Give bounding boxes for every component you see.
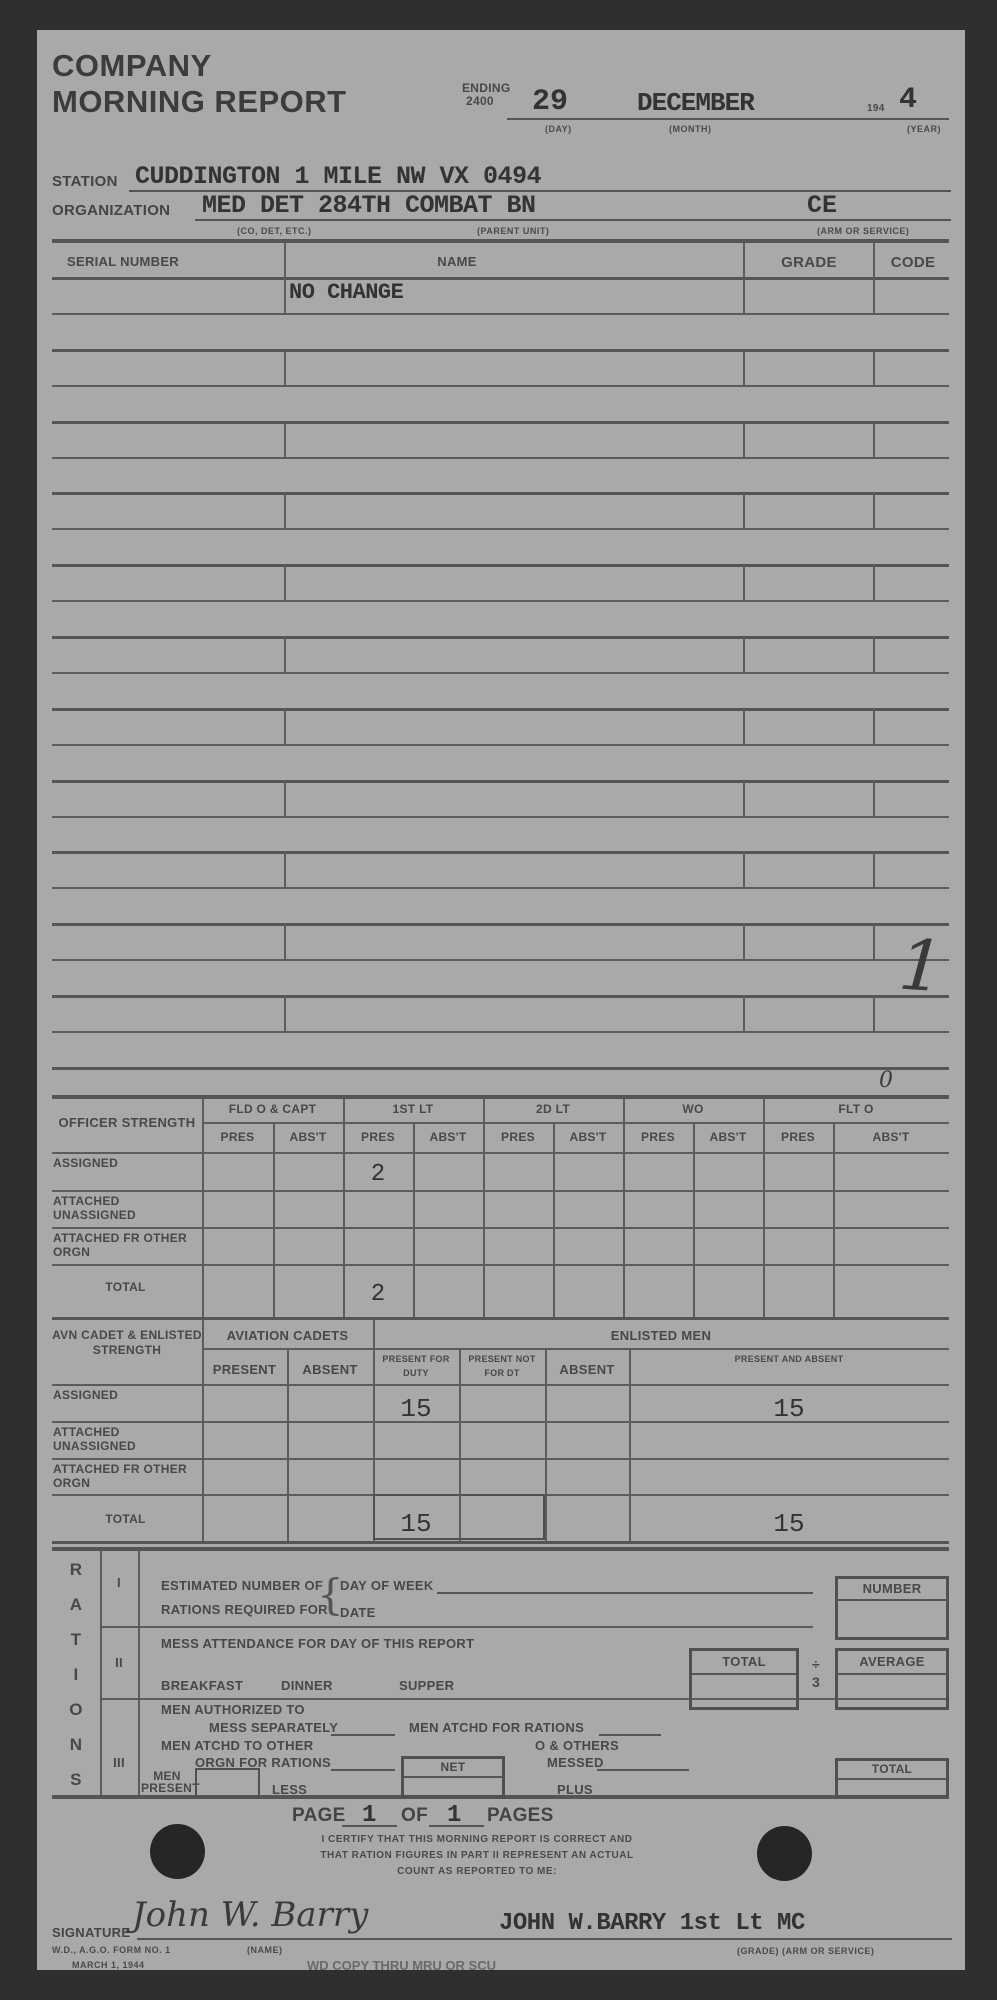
officer-cell[interactable] — [343, 1229, 413, 1266]
officer-cell[interactable] — [693, 1229, 763, 1266]
men-atchd-for-rations-field[interactable] — [599, 1734, 661, 1736]
men-atchd-for-rations-label: MEN ATCHD FOR RATIONS — [409, 1720, 584, 1735]
enlisted-cell[interactable] — [459, 1425, 545, 1462]
enlisted-row-label: ASSIGNED — [53, 1388, 198, 1402]
pages-label: PAGES — [487, 1805, 554, 1827]
year-caption: (YEAR) — [907, 124, 941, 134]
officer-subheader: PRES — [623, 1130, 693, 1144]
officer-row-label: TOTAL — [53, 1268, 198, 1294]
form-title-morning-report: MORNING REPORT — [52, 84, 347, 120]
roster-rule — [52, 385, 949, 387]
officer-group-header: FLD O & CAPT — [202, 1102, 343, 1116]
enlisted-cell[interactable] — [545, 1462, 629, 1498]
officer-group-header: FLT O — [763, 1102, 949, 1116]
officer-cell[interactable] — [413, 1154, 483, 1192]
section-iii-numeral: III — [100, 1755, 138, 1770]
org-caption: (CO, DET, ETC.) — [237, 226, 312, 236]
enlisted-cell[interactable] — [459, 1388, 545, 1425]
enlisted-row-label: TOTAL — [53, 1498, 198, 1526]
station-label: STATION — [52, 173, 118, 190]
officer-cell[interactable] — [483, 1266, 553, 1319]
number-box[interactable]: NUMBER — [835, 1576, 949, 1640]
orgn-for-rations-field[interactable] — [331, 1769, 395, 1771]
men-present-label: MEN PRESENT — [141, 1770, 193, 1794]
officer-cell[interactable] — [553, 1229, 623, 1266]
enlisted-subheader: ABSENT — [291, 1362, 369, 1377]
enlisted-cell[interactable]: 15 — [629, 1388, 949, 1425]
enlisted-row-label: ATTACHED FR OTHER ORGN — [53, 1462, 198, 1490]
form-number: W.D., A.G.O. FORM NO. 1 — [52, 1945, 171, 1955]
dinner-label: DINNER — [281, 1678, 333, 1693]
morning-report-form: COMPANY MORNING REPORT ENDING 2400 29 DE… — [37, 30, 965, 1970]
messed-label: MESSED — [547, 1755, 604, 1770]
section-ii-numeral: II — [100, 1655, 138, 1670]
enlisted-cell[interactable] — [202, 1425, 287, 1462]
officer-cell[interactable] — [413, 1192, 483, 1229]
day-caption: (DAY) — [545, 124, 572, 134]
officer-subheader: ABS'T — [833, 1130, 949, 1144]
roster-rule — [52, 672, 949, 674]
enlisted-cell[interactable]: 15 — [629, 1498, 949, 1545]
enlisted-strength-title: AVN CADET & ENLISTED STRENGTH — [52, 1328, 202, 1358]
officer-cell[interactable] — [693, 1266, 763, 1319]
officer-cell[interactable]: 2 — [343, 1266, 413, 1319]
officer-cell[interactable] — [763, 1154, 833, 1192]
enlisted-cell[interactable] — [629, 1425, 949, 1462]
officer-cell[interactable]: 2 — [343, 1154, 413, 1192]
page-number[interactable]: 1 — [362, 1802, 376, 1829]
enlisted-row-label: ATTACHED UNASSIGNED — [53, 1425, 198, 1453]
day-value[interactable]: 29 — [532, 85, 568, 119]
officer-row-label: ATTACHED FR OTHER ORGN — [53, 1231, 198, 1259]
officer-cell[interactable] — [273, 1229, 343, 1266]
enlisted-subheader: PRESENT FOR DUTY — [377, 1352, 455, 1380]
officer-cell[interactable] — [553, 1266, 623, 1319]
organization-value[interactable]: MED DET 284TH COMBAT BN — [202, 191, 536, 220]
enlisted-cell[interactable] — [373, 1425, 459, 1462]
roster-entry-row[interactable] — [52, 421, 949, 457]
breakfast-label: BREAKFAST — [161, 1678, 243, 1693]
enlisted-cell[interactable] — [202, 1498, 287, 1545]
signature-label: SIGNATURE — [52, 1925, 130, 1940]
roster-entry-row[interactable] — [52, 564, 949, 600]
grade-arm-caption: (GRADE) (ARM OR SERVICE) — [737, 1946, 874, 1956]
officer-row-label: ASSIGNED — [53, 1156, 198, 1170]
enlisted-cell[interactable] — [545, 1425, 629, 1462]
o-others-messed-field[interactable] — [597, 1769, 689, 1771]
officer-subheader: ABS'T — [273, 1130, 343, 1144]
roster-rule — [52, 457, 949, 459]
divide-by-three: ÷ 3 — [801, 1655, 831, 1691]
copy-routing-note: WD COPY THRU MRU OR SCU — [307, 1958, 496, 1973]
punch-hole-left — [150, 1824, 205, 1879]
day-of-week-label: DAY OF WEEK — [340, 1578, 434, 1593]
date-label: DATE — [340, 1605, 376, 1620]
enlisted-cell[interactable]: 15 — [373, 1388, 459, 1425]
enlisted-cell[interactable]: 15 — [373, 1498, 459, 1545]
officer-subheader: ABS'T — [413, 1130, 483, 1144]
enlisted-cell[interactable] — [459, 1462, 545, 1498]
enlisted-cell[interactable] — [287, 1462, 373, 1498]
officer-cell[interactable] — [763, 1266, 833, 1319]
men-present-box[interactable] — [195, 1768, 260, 1798]
o-others-label: O & OTHERS — [517, 1738, 637, 1753]
parent-unit-caption: (PARENT UNIT) — [477, 226, 549, 236]
officer-cell[interactable] — [202, 1192, 273, 1229]
name-caption: (NAME) — [247, 1945, 283, 1955]
mess-attendance-label: MESS ATTENDANCE FOR DAY OF THIS REPORT — [161, 1636, 474, 1651]
officer-subheader: PRES — [202, 1130, 273, 1144]
rations-top-rule — [52, 1547, 949, 1551]
net-box[interactable]: NET — [401, 1756, 505, 1798]
signer-name-grade[interactable]: JOHN W.BARRY 1st Lt MC — [499, 1910, 805, 1937]
page-total[interactable]: 1 — [447, 1802, 461, 1829]
aviation-cadets-header: AVIATION CADETS — [202, 1328, 373, 1343]
header-serial-number: SERIAL NUMBER — [67, 254, 217, 269]
mess-separately-label: MESS SEPARATELY — [209, 1720, 338, 1735]
year-value[interactable]: 4 — [899, 83, 917, 117]
officer-cell[interactable] — [833, 1229, 949, 1266]
officer-cell[interactable] — [202, 1266, 273, 1319]
officer-cell[interactable] — [833, 1192, 949, 1229]
enlisted-cell[interactable] — [287, 1498, 373, 1545]
roster-entry-row[interactable] — [52, 995, 949, 1031]
section-i-numeral: I — [100, 1575, 138, 1590]
less-label: LESS — [272, 1782, 307, 1797]
page-label: PAGE — [292, 1805, 346, 1827]
officer-cell[interactable] — [483, 1154, 553, 1192]
officer-subheader: PRES — [343, 1130, 413, 1144]
officer-cell[interactable] — [273, 1192, 343, 1229]
enlisted-cell[interactable] — [545, 1498, 629, 1545]
roster-rule — [52, 816, 949, 818]
date-underline — [507, 118, 949, 120]
officer-group-header: 1ST LT — [343, 1102, 483, 1116]
average-box[interactable]: AVERAGE — [835, 1648, 949, 1710]
punch-hole-right — [757, 1826, 812, 1881]
roster-rule — [52, 1031, 949, 1033]
officer-cell[interactable] — [273, 1266, 343, 1319]
roster-rule — [52, 1067, 949, 1070]
officer-cell[interactable] — [343, 1192, 413, 1229]
enlisted-cell[interactable] — [202, 1388, 287, 1425]
roster-rule — [52, 313, 949, 315]
mess-total-box[interactable]: TOTAL — [689, 1648, 799, 1710]
roster-rule — [52, 600, 949, 602]
officer-cell[interactable] — [413, 1266, 483, 1319]
enlisted-cell[interactable] — [459, 1498, 545, 1545]
roster-entry-row[interactable] — [52, 636, 949, 672]
roster-entry-row[interactable] — [52, 851, 949, 887]
officer-group-header: WO — [623, 1102, 763, 1116]
officer-subheader: PRES — [483, 1130, 553, 1144]
officer-cell[interactable] — [693, 1192, 763, 1229]
header-grade: GRADE — [745, 254, 873, 271]
header-name: NAME — [227, 254, 687, 269]
ending-label: ENDING 2400 — [462, 82, 510, 108]
enlisted-subheader: PRESENT AND ABSENT — [633, 1352, 945, 1366]
officer-subheader: PRES — [763, 1130, 833, 1144]
certification-text: I CERTIFY THAT THIS MORNING REPORT IS CO… — [217, 1832, 737, 1880]
officer-row-label: ATTACHED UNASSIGNED — [53, 1194, 198, 1222]
officer-cell[interactable] — [202, 1229, 273, 1266]
officer-cell[interactable] — [833, 1266, 949, 1319]
section-i-text-2: RATIONS REQUIRED FOR — [161, 1602, 328, 1617]
officer-subheader: ABS'T — [693, 1130, 763, 1144]
form-title-company: COMPANY — [52, 48, 212, 84]
enlisted-men-header: ENLISTED MEN — [373, 1328, 949, 1343]
roster-entry-row[interactable] — [52, 780, 949, 816]
plus-label: PLUS — [557, 1782, 593, 1797]
officer-cell[interactable] — [833, 1154, 949, 1192]
enlisted-cell[interactable] — [545, 1388, 629, 1425]
roster-entry-row[interactable] — [52, 277, 949, 313]
enlisted-cell[interactable] — [287, 1388, 373, 1425]
officer-cell[interactable] — [483, 1192, 553, 1229]
arm-service-caption: (ARM OR SERVICE) — [817, 226, 909, 236]
station-value[interactable]: CUDDINGTON 1 MILE NW VX 0494 — [135, 162, 541, 191]
year-prefix: 194 — [867, 103, 885, 114]
roster-entry-row[interactable] — [52, 349, 949, 385]
rations-side-label: R A T I O N S — [52, 1552, 100, 1797]
officer-subheader: ABS'T — [553, 1130, 623, 1144]
officer-top-rule — [52, 1095, 949, 1099]
officer-cell[interactable] — [623, 1154, 693, 1192]
signature-line — [137, 1938, 952, 1940]
supper-label: SUPPER — [399, 1678, 454, 1693]
enlisted-cell[interactable] — [202, 1462, 287, 1498]
officer-cell[interactable] — [763, 1229, 833, 1266]
roster-entry-row[interactable] — [52, 923, 949, 959]
officer-cell[interactable] — [202, 1154, 273, 1192]
officer-cell[interactable] — [623, 1192, 693, 1229]
mess-separately-field[interactable] — [331, 1734, 395, 1736]
margin-mark-zero: 0 — [879, 1068, 893, 1093]
margin-mark-one: 1 — [896, 924, 946, 1009]
section-i-text-1: ESTIMATED NUMBER OF — [161, 1578, 323, 1593]
form-date: MARCH 1, 1944 — [72, 1960, 145, 1970]
enlisted-subheader: PRESENT — [206, 1362, 283, 1377]
officer-cell[interactable] — [763, 1192, 833, 1229]
roster-rule — [52, 959, 949, 961]
month-caption: (MONTH) — [669, 124, 712, 134]
organization-label: ORGANIZATION — [52, 202, 170, 219]
officer-cell[interactable] — [553, 1154, 623, 1192]
header-code: CODE — [875, 254, 951, 271]
roster-top-rule — [52, 239, 949, 243]
officer-group-header: 2D LT — [483, 1102, 623, 1116]
roster-entry-row[interactable] — [52, 492, 949, 528]
officer-cell[interactable] — [693, 1154, 763, 1192]
officer-cell[interactable] — [413, 1229, 483, 1266]
officer-cell[interactable] — [623, 1229, 693, 1266]
men-atchd-other-label: MEN ATCHD TO OTHER — [161, 1738, 314, 1753]
officer-cell[interactable] — [553, 1192, 623, 1229]
officer-cell[interactable] — [623, 1266, 693, 1319]
officer-cell[interactable] — [273, 1154, 343, 1192]
rations-total-box[interactable]: TOTAL — [835, 1758, 949, 1798]
officer-cell[interactable] — [483, 1229, 553, 1266]
roster-entry-row[interactable] — [52, 708, 949, 744]
enlisted-subheader: PRESENT NOT FOR DT — [463, 1352, 541, 1380]
of-label: OF — [401, 1805, 428, 1827]
month-value[interactable]: DECEMBER — [637, 88, 754, 118]
roster-rule — [52, 887, 949, 889]
enlisted-cell[interactable] — [629, 1462, 949, 1498]
enlisted-cell[interactable] — [373, 1462, 459, 1498]
officer-strength-title: OFFICER STRENGTH — [52, 1115, 202, 1131]
roster-rule — [52, 528, 949, 530]
enlisted-cell[interactable] — [287, 1425, 373, 1462]
roster-rule — [52, 744, 949, 746]
men-authorized-label: MEN AUTHORIZED TO — [161, 1702, 305, 1717]
day-of-week-field[interactable] — [437, 1592, 813, 1594]
arm-service-value[interactable]: CE — [807, 191, 837, 220]
enlisted-subheader: ABSENT — [549, 1362, 625, 1377]
handwritten-signature[interactable]: John W. Barry — [132, 1895, 368, 1935]
